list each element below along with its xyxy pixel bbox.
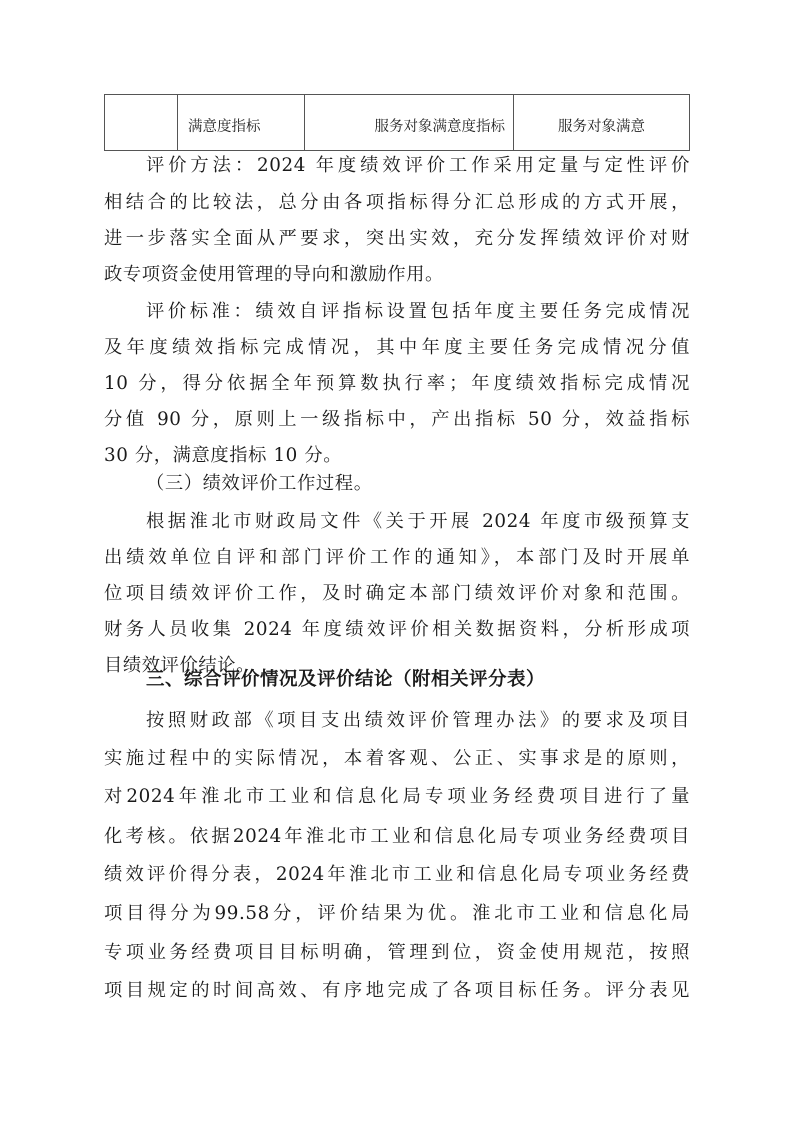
table-cell-level3-indicator: 服务对象满意 [514,95,690,151]
paragraph-line: 专项业务经费项目目标明确，管理到位，资金使用规范，按照 [104,939,690,967]
paragraph-line: 政专项资金使用管理的导向和激励作用。 [104,261,690,289]
table-cell-level1-indicator: 满意度指标 [178,95,305,151]
document-page: 满意度指标 服务对象满意度指标 服务对象满意 评价方法：2024 年度绩效评价工… [0,0,794,1122]
paragraph-line: 评价方法：2024 年度绩效评价工作采用定量与定性评价 [146,152,690,180]
paragraph-line: 实施过程中的实际情况，本着客观、公正、实事求是的原则， [104,745,690,773]
paragraph-line: 项目得分为99.58分，评价结果为优。淮北市工业和信息化局 [104,900,690,928]
paragraph-line: 绩效评价得分表，2024年淮北市工业和信息化局专项业务经费 [104,861,690,889]
paragraph-line: 分值 90 分，原则上一级指标中，产出指标 50 分，效益指标 [104,406,690,434]
section-heading: 三、综合评价情况及评价结论（附相关评分表） [146,666,545,694]
evaluation-table: 满意度指标 服务对象满意度指标 服务对象满意 [104,94,690,151]
paragraph-line: 财务人员收集 2024 年度绩效评价相关数据资料，分析形成项 [104,616,690,644]
paragraph-line: 10 分，得分依据全年预算数执行率；年度绩效指标完成情况 [104,370,690,398]
paragraph-line: 30 分，满意度指标 10 分。 [104,442,690,470]
paragraph-line: 项目规定的时间高效、有序地完成了各项目标任务。评分表见 [104,977,690,1005]
subsection-heading: （三）绩效评价工作过程。 [146,470,373,498]
paragraph-line: 进一步落实全面从严要求，突出实效，充分发挥绩效评价对财 [104,225,690,253]
paragraph-line: 相结合的比较法，总分由各项指标得分汇总形成的方式开展， [104,189,690,217]
paragraph-line: 根据淮北市财政局文件《关于开展 2024 年度市级预算支 [146,508,690,536]
table-cell-level2-indicator: 服务对象满意度指标 [305,95,514,151]
paragraph-line: 位项目绩效评价工作，及时确定本部门绩效评价对象和范围。 [104,580,690,608]
paragraph-line: 按照财政部《项目支出绩效评价管理办法》的要求及项目 [146,707,690,735]
paragraph-line: 出绩效单位自评和部门评价工作的通知》，本部门及时开展单 [104,544,690,572]
table-row: 满意度指标 服务对象满意度指标 服务对象满意 [105,95,690,151]
paragraph-line: 评价标准：绩效自评指标设置包括年度主要任务完成情况 [146,298,690,326]
paragraph-line: 及年度绩效指标完成情况，其中年度主要任务完成情况分值 [104,334,690,362]
paragraph-line: 对2024年淮北市工业和信息化局专项业务经费项目进行了量 [104,783,690,811]
paragraph-line: 化考核。依据2024年淮北市工业和信息化局专项业务经费项目 [104,823,690,851]
table-cell-category [105,95,178,151]
